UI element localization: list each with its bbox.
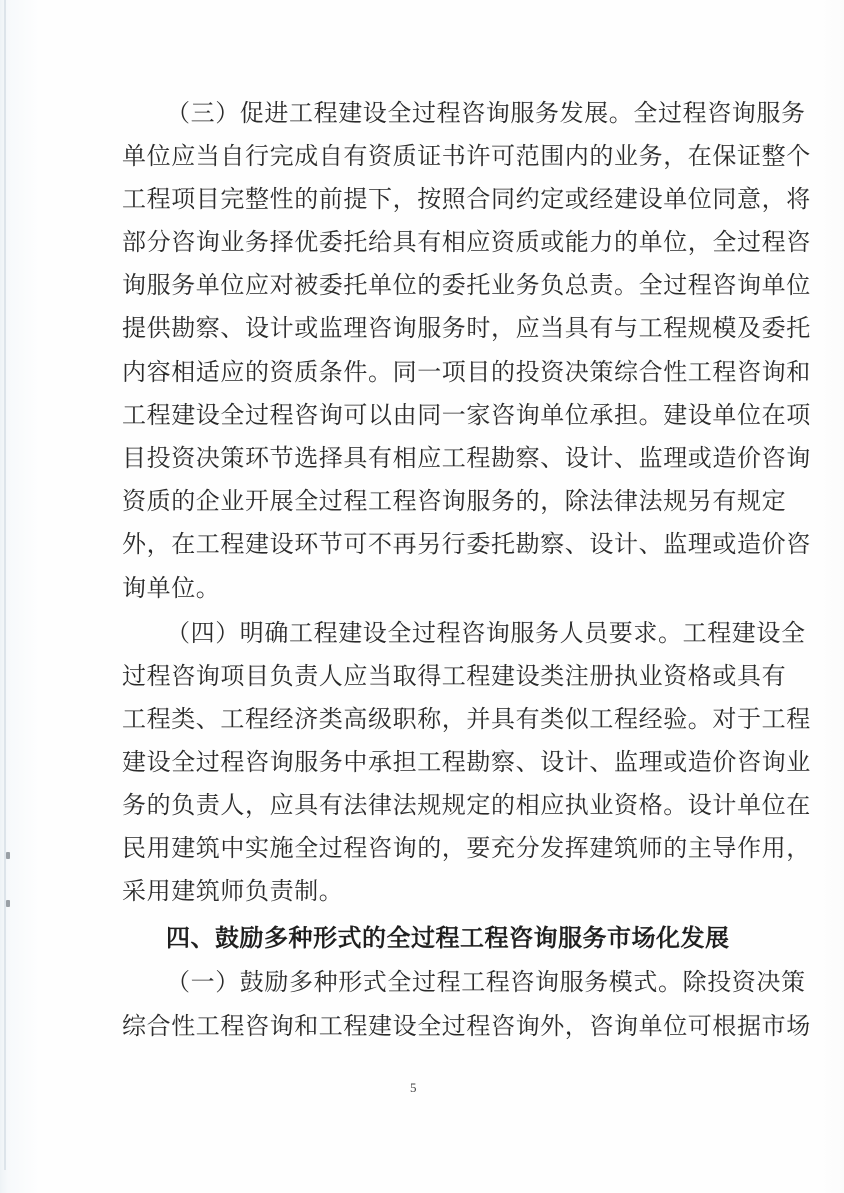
text-line: 外，在工程建设环节可不再另行委托勘察、设计、监理或造价咨 — [122, 527, 702, 561]
text-line: 建设全过程咨询服务中承担工程勘察、设计、监理或造价咨询业 — [122, 745, 702, 779]
document-page: （三）促进工程建设全过程咨询服务发展。全过程咨询服务 单位应当自行完成自有资质证… — [0, 0, 844, 1193]
section-heading: 四、鼓励多种形式的全过程工程咨询服务市场化发展 — [166, 921, 730, 955]
scan-edge-line — [4, 0, 6, 1170]
binding-hole-mark — [6, 852, 10, 859]
text-line: 过程咨询项目负责人应当取得工程建设类注册执业资格或具有 — [122, 659, 702, 693]
text-line: 询单位。 — [122, 571, 702, 605]
text-line: 务的负责人，应具有法律法规规定的相应执业资格。设计单位在 — [122, 788, 702, 822]
binding-hole-mark — [6, 900, 10, 907]
text-line: 部分咨询业务择优委托给具有相应资质或能力的单位，全过程咨 — [122, 225, 702, 259]
text-line: 内容相适应的资质条件。同一项目的投资决策综合性工程咨询和 — [122, 355, 702, 389]
text-line: 工程类、工程经济类高级职称，并具有类似工程经验。对于工程 — [122, 702, 702, 736]
text-line: 询服务单位应对被委托单位的委托业务负总责。全过程咨询单位 — [122, 268, 702, 302]
text-line: （三）促进工程建设全过程咨询服务发展。全过程咨询服务 — [166, 96, 702, 130]
text-line: 工程建设全过程咨询可以由同一家咨询单位承担。建设单位在项 — [122, 398, 702, 432]
text-line: 民用建筑中实施全过程咨询的，要充分发挥建筑师的主导作用， — [122, 831, 702, 865]
text-line: 目投资决策环节选择具有相应工程勘察、设计、监理或造价咨询 — [122, 441, 702, 475]
text-line: 资质的企业开展全过程工程咨询服务的，除法律法规另有规定 — [122, 484, 702, 518]
text-line: 综合性工程咨询和工程建设全过程咨询外，咨询单位可根据市场 — [122, 1009, 702, 1043]
text-line: （一）鼓励多种形式全过程工程咨询服务模式。除投资决策 — [166, 965, 702, 999]
text-line: 工程项目完整性的前提下，按照合同约定或经建设单位同意，将 — [122, 182, 702, 216]
page-number: 5 — [410, 1080, 417, 1096]
text-line: （四）明确工程建设全过程咨询服务人员要求。工程建设全 — [166, 616, 702, 650]
text-line: 提供勘察、设计或监理咨询服务时，应当具有与工程规模及委托 — [122, 311, 702, 345]
text-line: 单位应当自行完成自有资质证书许可范围内的业务，在保证整个 — [122, 139, 702, 173]
text-line: 采用建筑师负责制。 — [122, 874, 702, 908]
